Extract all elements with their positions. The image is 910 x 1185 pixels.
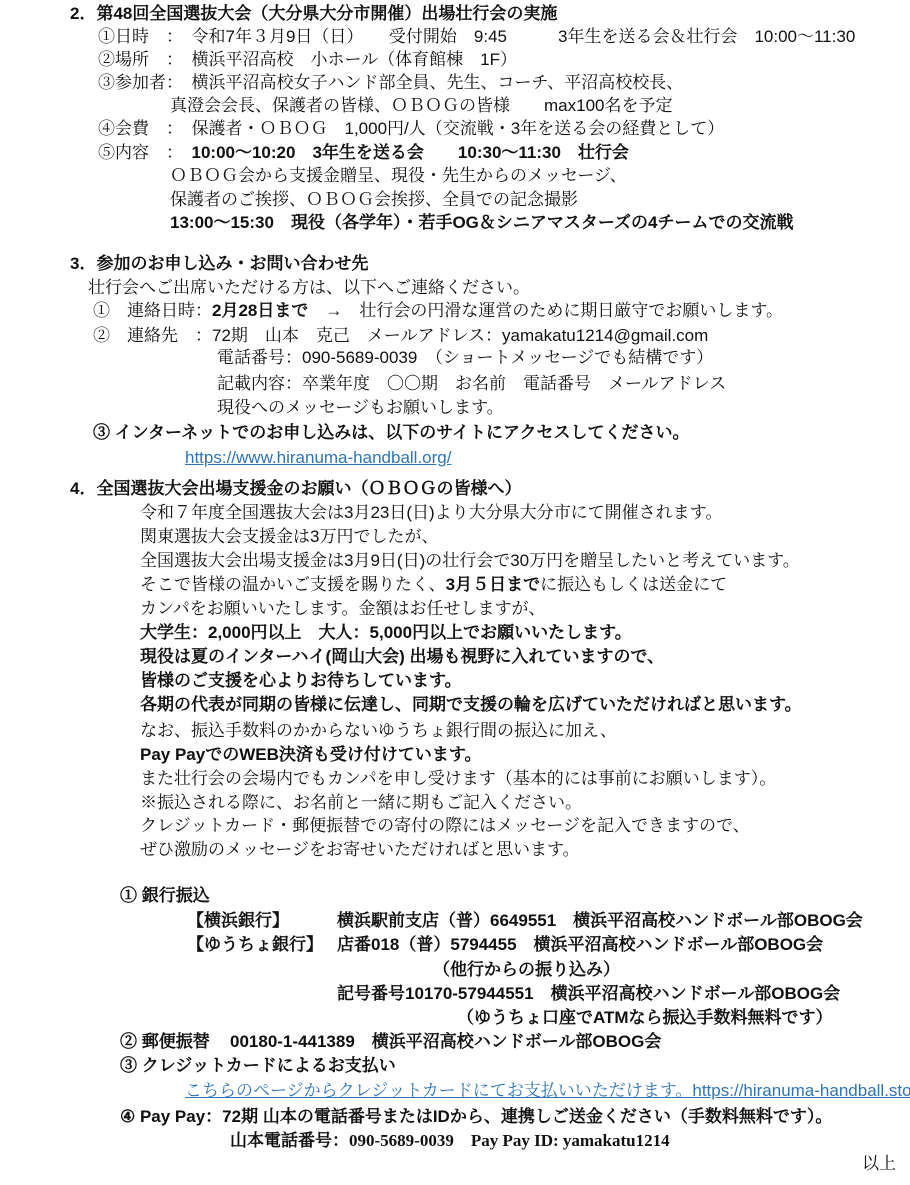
text-run: ＯＢＯＧ会から支援金贈呈、現役・先生からのメッセージ、	[170, 166, 627, 185]
section-2-soukoukai-line: ②場所 ： 横浜平沼高校 小ホール（体育館棟 1F）	[98, 48, 517, 71]
text-run: 以上	[862, 1154, 896, 1173]
text-run-bold: 13:00～15:30 現役（各学年）・若手OG＆シニアマスターズの4チームでの…	[170, 213, 794, 232]
text-run-bold: 00180-1-441389 横浜平沼高校ハンドボール部OBOG会	[230, 1032, 661, 1051]
text-run-bold: 10:00～10:20 3年生を送る会 10:30～11:30 壮行会	[192, 143, 629, 162]
text-run-bold: 横浜駅前支店（普）6649551 横浜平沼高校ハンドボール部OBOG会	[337, 911, 863, 930]
section-3-moushikomi-line: ③ インターネットでのお申し込みは、以下のサイトにアクセスしてください。	[93, 421, 690, 444]
text-run-bold: 【横浜銀行】	[187, 911, 289, 930]
hyperlink[interactable]: こちらのページからクレジットカードにてお支払いいただけます。https://hi…	[185, 1081, 910, 1100]
payment-methods-line: ① 銀行振込	[120, 884, 210, 907]
text-run: ① 連絡日時：	[93, 301, 212, 320]
section-4-shienkin-line: そこで皆様の温かいご支援を賜りたく、3月５日までに振込もしくは送金にて	[140, 573, 727, 596]
text-run: ②場所 ： 横浜平沼高校 小ホール（体育館棟 1F）	[98, 50, 517, 69]
text-run-bold: 2月28日まで	[212, 301, 308, 320]
payment-methods-line: ② 郵便振替	[120, 1030, 210, 1053]
section-3-moushikomi-line: 3．参加のお申し込み・お問い合わせ先	[70, 252, 368, 275]
text-run: 現役へのメッセージもお願いします。	[217, 398, 504, 417]
payment-methods-line: 【ゆうちょ銀行】	[187, 933, 323, 956]
payment-methods-line: 山本電話番号：090-5689-0039 Pay Pay ID: yamakat…	[230, 1129, 670, 1152]
text-run: 真澄会会長、保護者の皆様、ＯＢＯＧの皆様 max100名を予定	[170, 96, 672, 115]
section-2-soukoukai-line: ＯＢＯＧ会から支援金贈呈、現役・先生からのメッセージ、	[170, 164, 627, 187]
section-4-shienkin-line: 全国選抜大会出場支援金は3月9日(日)の壮行会で30万円を贈呈したいと考えていま…	[140, 549, 800, 572]
text-run: 壮行会へご出席いただける方は、以下へご連絡ください。	[88, 278, 530, 297]
section-2-soukoukai-line: ④会費 ： 保護者・ＯＢＯＧ 1,000円/人（交流戦・3年を送る会の経費として…	[98, 117, 724, 140]
text-run: なお、振込手数料のかからないゆうちょ銀行間の振込に加え、	[140, 721, 617, 740]
text-run: 電話番号：090-5689-0039 （ショートメッセージでも結構です）	[217, 348, 713, 367]
section-4-shienkin-line: 関東選抜大会支援金は3万円でしたが、	[140, 525, 438, 548]
section-3-moushikomi-line: 電話番号：090-5689-0039 （ショートメッセージでも結構です）	[217, 346, 713, 369]
section-2-soukoukai-line: 保護者のご挨拶、ＯＢＯＧ会挨拶、全員での記念撮影	[170, 188, 578, 211]
text-run: ぜひ激励のメッセージをお寄せいただければと思います。	[140, 840, 580, 859]
text-run: ①日時 ： 令和7年３月9日（日） 受付開始 9:45 3年生を送る会＆壮行会 …	[98, 27, 855, 46]
document-page: 2．第48回全国選抜大会（大分県大分市開催）出場壮行会の実施①日時 ： 令和7年…	[0, 0, 910, 1185]
section-4-shienkin-line: 大学生：2,000円以上 大人：5,000円以上でお願いいたします。	[140, 621, 632, 644]
text-run: 全国選抜大会出場支援金は3月9日(日)の壮行会で30万円を贈呈したいと考えていま…	[140, 551, 800, 570]
text-run: クレジットカード・郵便振替での寄付の際にはメッセージを記入できますので、	[140, 816, 750, 835]
text-run: 令和７年度全国選抜大会は3月23日(日)より大分県大分市にて開催されます。	[140, 503, 722, 522]
section-3-moushikomi-line: 壮行会へご出席いただける方は、以下へご連絡ください。	[88, 276, 530, 299]
payment-methods-line: 横浜駅前支店（普）6649551 横浜平沼高校ハンドボール部OBOG会	[337, 909, 863, 932]
closing-line: 以上	[862, 1152, 896, 1175]
text-run-bold: 2．第48回全国選抜大会（大分県大分市開催）出場壮行会の実施	[70, 4, 557, 23]
text-run: 関東選抜大会支援金は3万円でしたが、	[140, 527, 438, 546]
payment-methods-line: 店番018（普）5794455 横浜平沼高校ハンドボール部OBOG会	[337, 933, 823, 956]
text-run: → 壮行会の円滑な運営のために期日厳守でお願いします。	[308, 301, 783, 320]
text-run-bold: 3．参加のお申し込み・お問い合わせ先	[70, 254, 368, 273]
text-run: カンパをお願いいたします。金額はお任せしますが、	[140, 599, 545, 618]
section-4-shienkin-line: 各期の代表が同期の皆様に伝達し、同期で支援の輪を広げていただければと思います。	[140, 693, 802, 716]
text-run: 保護者のご挨拶、ＯＢＯＧ会挨拶、全員での記念撮影	[170, 190, 578, 209]
text-run-bold: Pay PayでのWEB決済も受け付けています。	[140, 745, 482, 764]
section-4-shienkin-line: また壮行会の会場内でもカンパを申し受けます（基本的には事前にお願いします）。	[140, 767, 776, 790]
text-run-bold: （他行からの振り込み）	[433, 960, 620, 979]
text-run-bold: （ゆうちょ口座でATMなら振込手数料無料です）	[457, 1008, 833, 1027]
text-run-bold: 【ゆうちょ銀行】	[187, 935, 323, 954]
section-2-soukoukai-line: ③参加者： 横浜平沼高校女子ハンド部全員、先生、コーチ、平沼高校校長、	[98, 71, 683, 94]
payment-methods-line: （他行からの振り込み）	[433, 958, 620, 981]
section-4-shienkin-line: 令和７年度全国選抜大会は3月23日(日)より大分県大分市にて開催されます。	[140, 501, 722, 524]
section-3-moushikomi-line: 記載内容：卒業年度 〇〇期 お名前 電話番号 メールアドレス	[217, 372, 726, 395]
payment-methods-line: 記号番号10170-57944551 横浜平沼高校ハンドボール部OBOG会	[337, 982, 840, 1005]
text-run-bold: 各期の代表が同期の皆様に伝達し、同期で支援の輪を広げていただければと思います。	[140, 695, 802, 714]
section-4-shienkin-line: クレジットカード・郵便振替での寄付の際にはメッセージを記入できますので、	[140, 814, 750, 837]
hyperlink[interactable]: https://www.hiranuma-handball.org/	[185, 448, 451, 467]
section-4-shienkin-line: カンパをお願いいたします。金額はお任せしますが、	[140, 597, 545, 620]
text-run: そこで皆様の温かいご支援を賜りたく、	[140, 575, 446, 594]
section-2-soukoukai-line: 2．第48回全国選抜大会（大分県大分市開催）出場壮行会の実施	[70, 2, 557, 25]
text-run-bold: 皆様のご支援を心よりお待ちしています。	[140, 671, 462, 690]
text-run-bold: 4．全国選抜大会出場支援金のお願い（ＯＢＯＧの皆様へ）	[70, 479, 521, 498]
text-run: 記載内容：卒業年度 〇〇期 お名前 電話番号 メールアドレス	[217, 374, 726, 393]
text-run-bold: 3月５日まで	[446, 575, 540, 594]
section-2-soukoukai-line: 真澄会会長、保護者の皆様、ＯＢＯＧの皆様 max100名を予定	[170, 94, 672, 117]
section-4-shienkin-line: ぜひ激励のメッセージをお寄せいただければと思います。	[140, 838, 580, 861]
text-run-bold: ④ Pay Pay：72期 山本の電話番号またはIDから、連携しご送金ください（…	[120, 1107, 832, 1126]
text-run-bold: ③ インターネットでのお申し込みは、以下のサイトにアクセスしてください。	[93, 423, 690, 442]
text-run: に振込もしくは送金にて	[540, 575, 727, 594]
text-run-bold: 山本電話番号：090-5689-0039 Pay Pay ID: yamakat…	[230, 1131, 670, 1150]
section-3-moushikomi-line: 現役へのメッセージもお願いします。	[217, 396, 504, 419]
text-run-bold: ③ クレジットカードによるお支払い	[120, 1056, 396, 1075]
payment-methods-line: （ゆうちょ口座でATMなら振込手数料無料です）	[457, 1006, 833, 1029]
text-run: ④会費 ： 保護者・ＯＢＯＧ 1,000円/人（交流戦・3年を送る会の経費として…	[98, 119, 724, 138]
payment-methods-line: 【横浜銀行】	[187, 909, 289, 932]
text-run-bold: ② 郵便振替	[120, 1032, 210, 1051]
section-4-shienkin-line: 4．全国選抜大会出場支援金のお願い（ＯＢＯＧの皆様へ）	[70, 477, 521, 500]
payment-methods-line: ③ クレジットカードによるお支払い	[120, 1054, 396, 1077]
section-4-shienkin-line: Pay PayでのWEB決済も受け付けています。	[140, 743, 482, 766]
section-4-shienkin-line: 皆様のご支援を心よりお待ちしています。	[140, 669, 462, 692]
text-run: ※振込される際に、お名前と一緒に期もご記入ください。	[140, 793, 582, 812]
text-run-bold: ① 銀行振込	[120, 886, 210, 905]
section-2-soukoukai-line: ⑤内容 ： 10:00～10:20 3年生を送る会 10:30～11:30 壮行…	[98, 141, 629, 164]
payment-methods-line: 00180-1-441389 横浜平沼高校ハンドボール部OBOG会	[230, 1030, 661, 1053]
text-run: ③参加者： 横浜平沼高校女子ハンド部全員、先生、コーチ、平沼高校校長、	[98, 73, 683, 92]
section-3-moushikomi-line: https://www.hiranuma-handball.org/	[185, 446, 451, 469]
section-3-moushikomi-line: ② 連絡先 ：72期 山本 克己 メールアドレス：yamakatu1214@gm…	[93, 324, 708, 347]
text-run: また壮行会の会場内でもカンパを申し受けます（基本的には事前にお願いします）。	[140, 769, 776, 788]
section-4-shienkin-line: ※振込される際に、お名前と一緒に期もご記入ください。	[140, 791, 582, 814]
section-4-shienkin-line: なお、振込手数料のかからないゆうちょ銀行間の振込に加え、	[140, 719, 617, 742]
section-2-soukoukai-line: 13:00～15:30 現役（各学年）・若手OG＆シニアマスターズの4チームでの…	[170, 211, 794, 234]
text-run-bold: 店番018（普）5794455 横浜平沼高校ハンドボール部OBOG会	[337, 935, 823, 954]
section-4-shienkin-line: 現役は夏のインターハイ(岡山大会) 出場も視野に入れていますので、	[140, 645, 664, 668]
section-3-moushikomi-line: ① 連絡日時：2月28日まで → 壮行会の円滑な運営のために期日厳守でお願いしま…	[93, 299, 783, 322]
text-run: ② 連絡先 ：72期 山本 克己 メールアドレス：yamakatu1214@gm…	[93, 326, 708, 345]
text-run: ⑤内容 ：	[98, 143, 192, 162]
text-run-bold: 大学生：2,000円以上 大人：5,000円以上でお願いいたします。	[140, 623, 632, 642]
section-2-soukoukai-line: ①日時 ： 令和7年３月9日（日） 受付開始 9:45 3年生を送る会＆壮行会 …	[98, 25, 855, 48]
payment-methods-line: ④ Pay Pay：72期 山本の電話番号またはIDから、連携しご送金ください（…	[120, 1105, 832, 1128]
payment-methods-line: こちらのページからクレジットカードにてお支払いいただけます。https://hi…	[185, 1079, 910, 1102]
text-run-bold: 記号番号10170-57944551 横浜平沼高校ハンドボール部OBOG会	[337, 984, 840, 1003]
text-run-bold: 現役は夏のインターハイ(岡山大会) 出場も視野に入れていますので、	[140, 647, 664, 666]
